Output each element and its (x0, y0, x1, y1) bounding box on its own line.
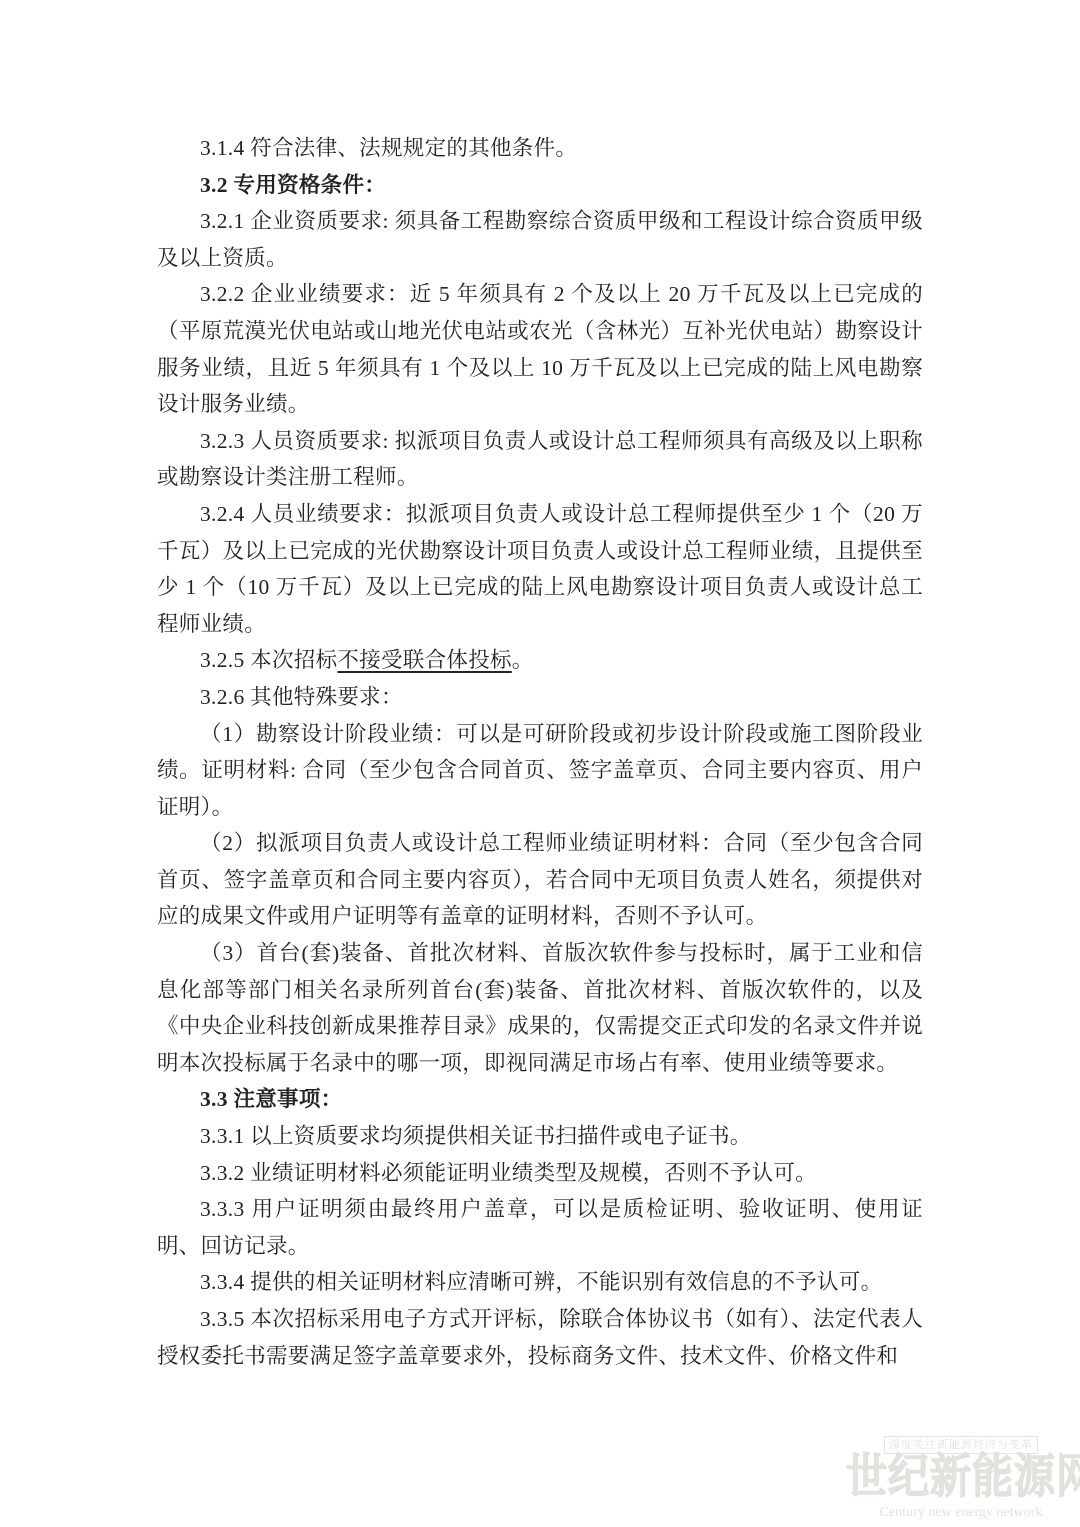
paragraph-3-2-2: 3.2.2 企业业绩要求：近 5 年须具有 2 个及以上 20 万千瓦及以上已完… (157, 276, 923, 422)
paragraph-item-3: （3）首台(套)装备、首批次材料、首版次软件参与投标时，属于工业和信息化部等部门… (157, 935, 923, 1081)
paragraph-item-2: （2）拟派项目负责人或设计总工程师业绩证明材料：合同（至少包含合同首页、签字盖章… (157, 825, 923, 935)
paragraph-3-3-3: 3.3.3 用户证明须由最终用户盖章，可以是质检证明、验收证明、使用证明、回访记… (157, 1191, 923, 1264)
paragraph-3-2-5-post: 。 (512, 648, 534, 672)
paragraph-3-1-4: 3.1.4 符合法律、法规规定的其他条件。 (157, 130, 923, 167)
paragraph-3-3-2: 3.3.2 业绩证明材料必须能证明业绩类型及规模，否则不予认可。 (157, 1155, 923, 1192)
paragraph-3-3-4: 3.3.4 提供的相关证明材料应清晰可辨，不能识别有效信息的不予认可。 (157, 1264, 923, 1301)
paragraph-3-3-5: 3.3.5 本次招标采用电子方式开评标，除联合体协议书（如有）、法定代表人授权委… (157, 1301, 923, 1374)
watermark: 深度关注新能源经济与变革 世纪新能源网 Century new energy n… (846, 1435, 1076, 1521)
paragraph-3-2-4: 3.2.4 人员业绩要求：拟派项目负责人或设计总工程师提供至少 1 个（20 万… (157, 496, 923, 642)
paragraph-3-2-5: 3.2.5 本次招标不接受联合体投标。 (157, 642, 923, 679)
watermark-logo-text: 世纪新能源网 (846, 1449, 1076, 1504)
document-page: 3.1.4 符合法律、法规规定的其他条件。 3.2 专用资格条件： 3.2.1 … (0, 0, 1080, 1527)
watermark-subtitle: Century new energy network (846, 1505, 1076, 1521)
heading-3-2: 3.2 专用资格条件： (157, 167, 923, 204)
paragraph-3-2-3: 3.2.3 人员资质要求: 拟派项目负责人或设计总工程师须具有高级及以上职称或勘… (157, 423, 923, 496)
paragraph-3-3-1: 3.3.1 以上资质要求均须提供相关证书扫描件或电子证书。 (157, 1118, 923, 1155)
paragraph-3-2-6: 3.2.6 其他特殊要求： (157, 679, 923, 716)
document-body: 3.1.4 符合法律、法规规定的其他条件。 3.2 专用资格条件： 3.2.1 … (157, 130, 923, 1374)
paragraph-3-2-5-underlined-clause: 不接受联合体投标 (337, 648, 511, 672)
paragraph-item-1: （1）勘察设计阶段业绩：可以是可研阶段或初步设计阶段或施工图阶段业绩。证明材料:… (157, 716, 923, 826)
paragraph-3-2-1: 3.2.1 企业资质要求: 须具备工程勘察综合资质甲级和工程设计综合资质甲级及以… (157, 203, 923, 276)
paragraph-3-2-5-pre: 3.2.5 本次招标 (200, 648, 337, 672)
heading-3-3: 3.3 注意事项： (157, 1081, 923, 1118)
